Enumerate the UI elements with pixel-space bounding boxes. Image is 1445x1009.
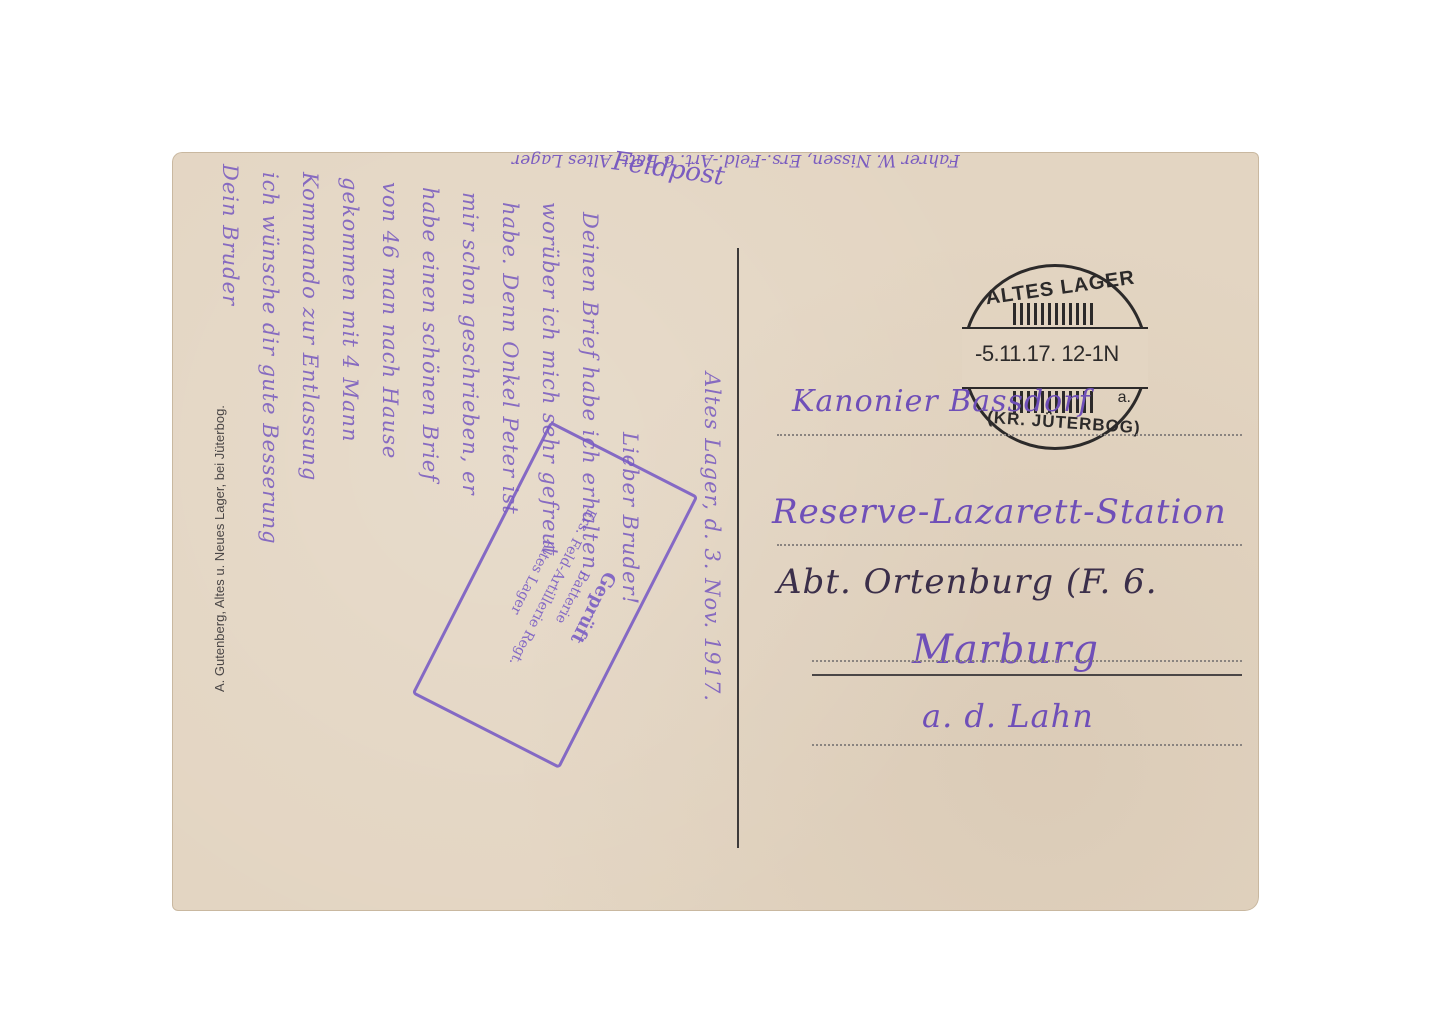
message-line: habe einen schönen Brief [418,187,442,482]
message-line: mir schon geschrieben, er [458,192,482,496]
message-line: Kommando zur Entlassung [298,172,322,481]
address-line [777,544,1242,546]
address-city: Marburg [912,627,1099,673]
address-recipient: Kanonier Bassdorf [792,384,1091,419]
divider-line [737,248,739,848]
message-line: habe. Denn Onkel Peter ist [498,202,522,515]
postmark-suffix: a. [1118,389,1131,407]
address-line-1: Reserve-Lazarett-Station [772,492,1227,532]
address-line [812,744,1242,746]
message-line: von 46 man nach Hause [378,182,402,459]
censor-stamp: Geprüft Batterie Ers. Feld-Artillerie Re… [412,421,699,769]
postcard: A. Gutenberg, Altes u. Neues Lager, bei … [172,152,1259,911]
postmark-date: -5.11.17. 12-1N [975,341,1119,367]
address-line [777,434,1242,436]
message-line: ich wünsche dir gute Besserung [258,172,282,545]
postmark-grill [1013,303,1097,325]
message-line: Altes Lager, d. 3. Nov. 1917. [700,372,724,702]
publisher-imprint: A. Gutenberg, Altes u. Neues Lager, bei … [212,405,227,692]
message-line: gekommen mit 4 Mann [338,177,362,443]
address-line [812,660,1242,662]
sender-line: Fahrer W. Nissen, Ers.-Feld.-Art. 6 Batt… [512,150,960,170]
address-region: a. d. Lahn [922,697,1094,735]
postmark: ALTES LAGER -5.11.17. 12-1N a. (KR. JÜTE… [962,264,1148,450]
address-line-2: Abt. Ortenburg (F. 6. [777,562,1158,602]
message-line: Dein Bruder [218,164,242,306]
address-underline [812,674,1242,676]
